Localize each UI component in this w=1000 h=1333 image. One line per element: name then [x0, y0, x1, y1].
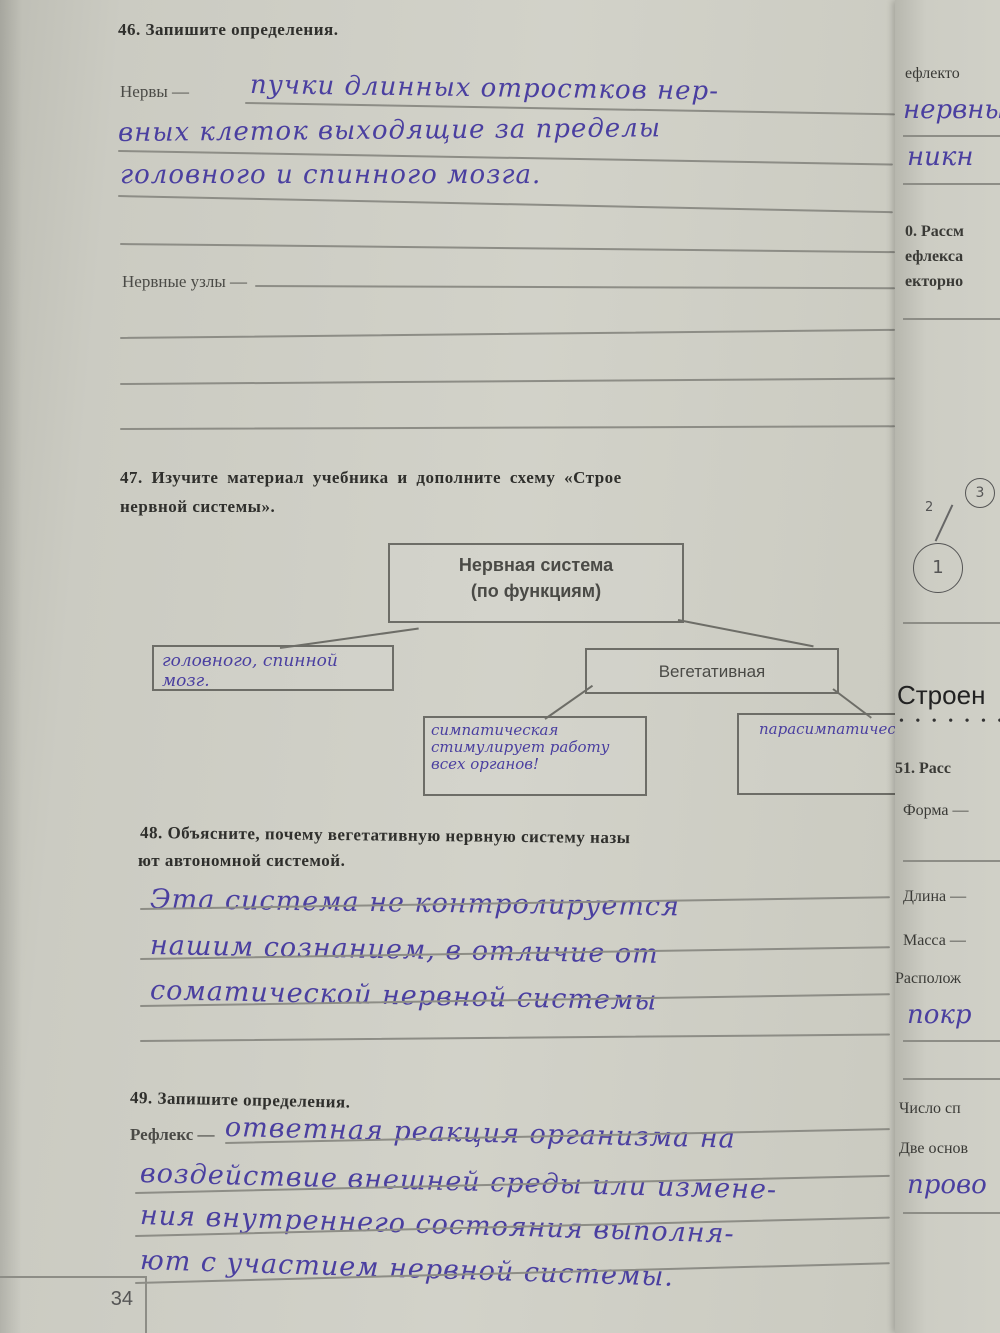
task-47-title-line-1: 47. Изучите материал учебника и дополнит… — [120, 468, 622, 488]
reflex-arc-connector — [935, 504, 954, 541]
diagram-root-box: Нервная система (по функциям) — [388, 543, 684, 623]
answer-rule — [120, 378, 895, 385]
two-main-handwriting: прово — [907, 1170, 987, 1200]
diagram-sympathetic-answer: симпатическая стимулирует работу всех ор… — [431, 722, 639, 773]
task-51-title: 51. Расс — [895, 760, 951, 778]
diagram-parasympathetic-answer: парасимпатическая — [759, 721, 889, 738]
answer-rule — [903, 135, 1000, 137]
section-heading: Строен — [897, 680, 985, 711]
location-label: Располож — [895, 970, 961, 988]
task-48-title-line-2: ют автономной системой. — [138, 851, 345, 871]
answer-rule — [255, 285, 895, 289]
diagram-somatic-answer: головного, спинной мозг. — [162, 651, 387, 691]
task-49-title: 49. Запишите определения. — [130, 1088, 351, 1113]
answer-rule — [120, 329, 895, 339]
ganglia-label: Нервные узлы — — [122, 272, 247, 292]
explanation-answer-line-2: нашим сознанием, в отличие от — [150, 930, 659, 970]
answer-rule — [140, 1033, 890, 1042]
answer-rule — [118, 195, 893, 213]
answer-rule — [903, 183, 1000, 185]
task-48-title-line-1: 48. Объясните, почему вегетативную нервн… — [140, 823, 631, 848]
diagram-parasympathetic-box: парасимпатическая — [737, 713, 901, 795]
diagram-root-label-2: (по функциям) — [390, 581, 682, 602]
answer-rule — [903, 1040, 1000, 1042]
task-50-title-line-1: 0. Рассм — [905, 223, 964, 241]
reflex-arc-node-3: 3 — [965, 478, 995, 508]
answer-rule — [903, 318, 1000, 320]
page-number: 34 — [111, 1288, 133, 1311]
spine-shadow — [0, 0, 22, 1333]
answer-rule — [120, 425, 895, 430]
answer-rule — [903, 1078, 1000, 1080]
reflex-answer-line-4: ют с участием нервной системы. — [140, 1245, 675, 1293]
form-label: Форма — — [903, 802, 969, 820]
nerves-answer-line-2: вных клеток выходящие за пределы — [118, 113, 661, 148]
count-label: Число сп — [899, 1100, 961, 1118]
nerves-label: Нервы — — [120, 82, 189, 102]
length-label: Длина — — [903, 888, 966, 906]
answer-rule — [120, 243, 895, 253]
page-number-box: 34 — [0, 1276, 147, 1333]
right-page-text: ефлекто — [905, 65, 960, 83]
diagram-sympathetic-box: симпатическая стимулирует работу всех ор… — [423, 716, 647, 796]
right-page-handwriting: никн — [907, 142, 974, 172]
workbook-left-page: 46. Запишите определения. Нервы — пучки … — [0, 0, 905, 1333]
reflex-arc-node-1: 1 — [913, 543, 963, 593]
nerves-answer-line-3: головного и спинного мозга. — [120, 160, 541, 190]
mass-label: Масса — — [903, 932, 966, 950]
explanation-answer-line-3: соматической нервной системы — [150, 975, 658, 1017]
diagram-root-label-1: Нервная система — [390, 555, 682, 576]
answer-rule — [903, 860, 1000, 862]
reflex-arc-label-2: 2 — [925, 500, 933, 515]
reflex-answer-line-2: воздействие внешней среды или измене- — [140, 1158, 778, 1206]
workbook-right-page: ефлекто нервны никн 0. Рассм ефлекса ект… — [895, 0, 1000, 1333]
task-50-title-line-2: ефлекса — [905, 248, 963, 266]
answer-rule — [903, 1212, 1000, 1214]
diagram-vegetative-box: Вегетативная — [585, 648, 839, 694]
reflex-answer-line-3: ния внутреннего состояния выполня- — [140, 1200, 736, 1250]
two-main-label: Две основ — [899, 1140, 968, 1158]
connector-line — [544, 685, 593, 720]
answer-rule — [903, 622, 1000, 624]
connector-line — [678, 619, 814, 647]
reflex-label: Рефлекс — — [130, 1125, 215, 1145]
section-divider-dots: • • • • • • • — [899, 714, 1000, 730]
task-50-title-line-3: екторно — [905, 273, 963, 291]
task-47-title-line-2: нервной системы». — [120, 497, 275, 517]
diagram-vegetative-label: Вегетативная — [587, 662, 837, 682]
diagram-somatic-box: головного, спинной мозг. — [152, 645, 394, 691]
nerves-answer-line-1: пучки длинных отростков нер- — [250, 70, 719, 107]
task-46-title: 46. Запишите определения. — [118, 20, 338, 40]
right-page-handwriting: нервны — [903, 95, 1000, 125]
location-handwriting: покр — [907, 1000, 972, 1030]
